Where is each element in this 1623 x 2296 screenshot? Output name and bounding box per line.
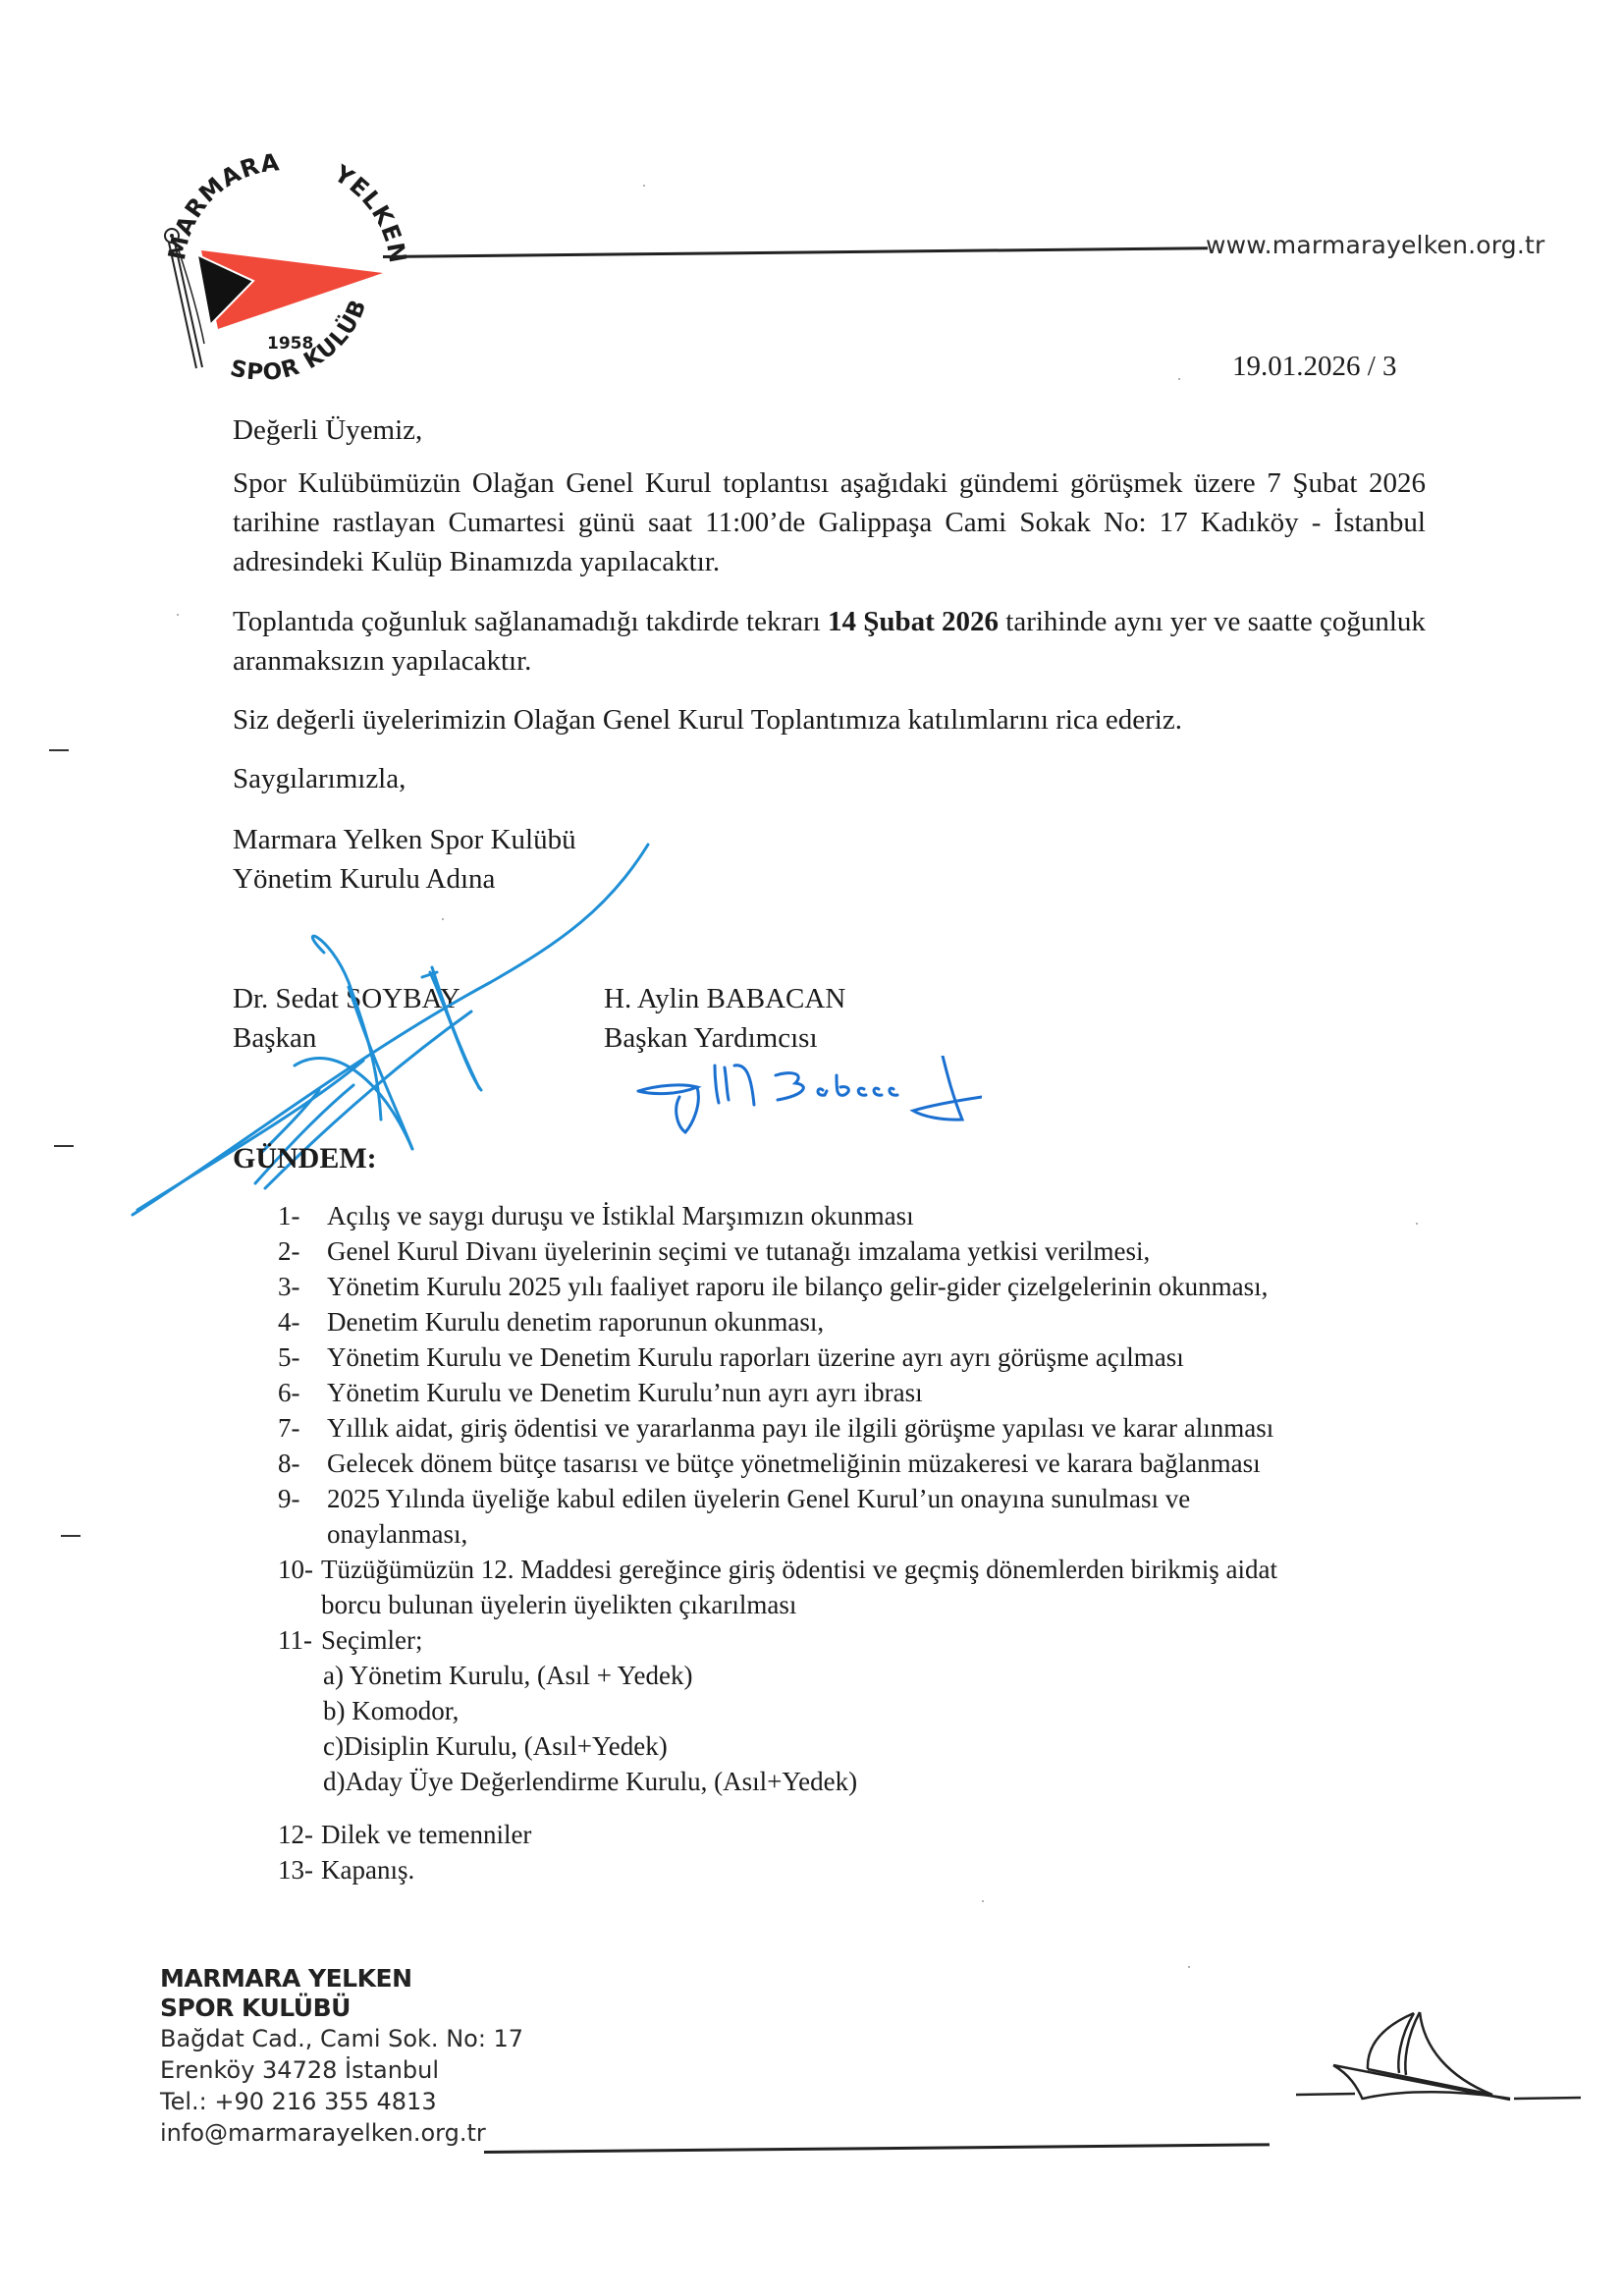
agenda-item-number: 9- [278, 1481, 327, 1552]
agenda-item-number: 4- [278, 1304, 327, 1339]
footer-email[interactable]: info@marmarayelken.org.tr [160, 2117, 523, 2149]
footer-rule [484, 2143, 1270, 2154]
agenda-item-text: 2025 Yılında üyeliğe kabul edilen üyeler… [327, 1481, 1456, 1552]
footer-address-2: Erenköy 34728 İstanbul [160, 2054, 523, 2086]
website-link[interactable]: www.marmarayelken.org.tr [1206, 231, 1545, 259]
margin-mark [61, 1535, 81, 1537]
agenda-item-text: Yönetim Kurulu ve Denetim Kurulu raporla… [327, 1339, 1456, 1375]
agenda-item-text: Gelecek dönem bütçe tasarısı ve bütçe yö… [327, 1446, 1456, 1481]
agenda-item-number: 10- [278, 1552, 321, 1622]
signature-soybay [118, 825, 668, 1237]
agenda-item-text: Genel Kurul Divanı üyelerinin seçimi ve … [327, 1233, 1456, 1269]
footer-address-1: Bağdat Cad., Cami Sok. No: 17 [160, 2023, 523, 2054]
footer-phone[interactable]: Tel.: +90 216 355 4813 [160, 2086, 523, 2117]
agenda-item: 2-Genel Kurul Divanı üyelerinin seçimi v… [278, 1233, 1456, 1269]
greeting: Değerli Üyemiz, [233, 410, 1426, 450]
agenda-item-text: Yıllık aidat, giriş ödentisi ve yararlan… [327, 1410, 1456, 1446]
document-reference: 19.01.2026 / 3 [1232, 351, 1397, 383]
header-rule [383, 246, 1208, 258]
agenda-item-text: Yönetim Kurulu 2025 yılı faaliyet raporu… [327, 1269, 1456, 1304]
agenda-item: 4-Denetim Kurulu denetim raporunun okunm… [278, 1304, 1456, 1339]
agenda-item-number: 12- [278, 1817, 321, 1852]
agenda-item-text-line1: Tüzüğümüzün 12. Maddesi gereğince giriş … [321, 1555, 1277, 1584]
agenda-item-number: 8- [278, 1446, 327, 1481]
agenda-item-text-line2: onaylanması, [327, 1519, 467, 1549]
second-meeting-date: 14 Şubat 2026 [828, 606, 999, 637]
footer-club-name-1: MARMARA YELKEN [160, 1964, 523, 1994]
agenda-item: 6-Yönetim Kurulu ve Denetim Kurulu’nun a… [278, 1375, 1456, 1410]
pennant-flag-icon: MARMARA YELKEN SPOR KULÜBÜ 1958 [157, 147, 412, 403]
paragraph-invitation: Siz değerli üyelerimizin Olağan Genel Ku… [233, 700, 1426, 739]
agenda-item-number: 2- [278, 1233, 327, 1269]
paragraph-meeting-notice: Spor Kulübümüzün Olağan Genel Kurul topl… [233, 464, 1426, 581]
club-logo: MARMARA YELKEN SPOR KULÜBÜ 1958 [157, 147, 412, 403]
svg-text:YELKEN: YELKEN [329, 159, 412, 265]
agenda-item: 8-Gelecek dönem bütçe tasarısı ve bütçe … [278, 1446, 1456, 1481]
agenda-item-number: 6- [278, 1375, 327, 1410]
agenda-item-text: Açılış ve saygı duruşu ve İstiklal Marşı… [327, 1198, 1456, 1233]
svg-text:MARMARA: MARMARA [163, 148, 282, 262]
p2-text-before: Toplantıda çoğunluk sağlanamadığı takdir… [233, 606, 828, 637]
agenda-sub-item: a) Yönetim Kurulu, (Asıl + Yedek) [278, 1658, 1456, 1693]
agenda-item-number: 3- [278, 1269, 327, 1304]
agenda-title: GÜNDEM: [233, 1142, 377, 1175]
agenda-item-text: Dilek ve temenniler [321, 1817, 1456, 1852]
agenda-item-text-line2: borcu bulunan üyelerin üyelikten çıkarıl… [321, 1590, 796, 1619]
agenda-item: 5-Yönetim Kurulu ve Denetim Kurulu rapor… [278, 1339, 1456, 1375]
agenda-item-number: 11- [278, 1622, 321, 1658]
margin-mark [54, 1145, 74, 1147]
svg-text:1958: 1958 [267, 334, 313, 354]
agenda-item: 13-Kapanış. [278, 1852, 1456, 1887]
agenda-item: 11-Seçimler; [278, 1622, 1456, 1658]
footer-club-name-2: SPOR KULÜBÜ [160, 1994, 523, 2023]
closing: Saygılarımızla, [233, 759, 1426, 798]
signature-babacan [609, 1056, 982, 1144]
agenda-item-text: Tüzüğümüzün 12. Maddesi gereğince giriş … [321, 1552, 1456, 1622]
agenda-item: 3-Yönetim Kurulu 2025 yılı faaliyet rapo… [278, 1269, 1456, 1304]
agenda-item-text: Denetim Kurulu denetim raporunun okunmas… [327, 1304, 1456, 1339]
agenda-item-text: Seçimler; [321, 1622, 1456, 1658]
agenda-item-number: 7- [278, 1410, 327, 1446]
margin-mark [49, 749, 69, 751]
agenda-item-text-line1: 2025 Yılında üyeliğe kabul edilen üyeler… [327, 1484, 1190, 1513]
agenda-item-number: 13- [278, 1852, 321, 1887]
agenda-item-number: 1- [278, 1198, 327, 1233]
paragraph-second-meeting: Toplantıda çoğunluk sağlanamadığı takdir… [233, 602, 1426, 681]
agenda-item: 1-Açılış ve saygı duruşu ve İstiklal Mar… [278, 1198, 1456, 1233]
agenda-sub-item: c)Disiplin Kurulu, (Asıl+Yedek) [278, 1728, 1456, 1764]
agenda-item: 7-Yıllık aidat, giriş ödentisi ve yararl… [278, 1410, 1456, 1446]
agenda-item-text: Kapanış. [321, 1852, 1456, 1887]
sailboat-icon [1296, 2008, 1581, 2116]
agenda-item: 12-Dilek ve temenniler [278, 1817, 1456, 1852]
agenda-list: 1-Açılış ve saygı duruşu ve İstiklal Mar… [278, 1198, 1456, 1887]
agenda-item-text: Yönetim Kurulu ve Denetim Kurulu’nun ayr… [327, 1375, 1456, 1410]
agenda-item: 9-2025 Yılında üyeliğe kabul edilen üyel… [278, 1481, 1456, 1552]
footer-contact: MARMARA YELKEN SPOR KULÜBÜ Bağdat Cad., … [160, 1964, 523, 2149]
agenda-item-number: 5- [278, 1339, 327, 1375]
agenda-sub-item: d)Aday Üye Değerlendirme Kurulu, (Asıl+Y… [278, 1764, 1456, 1799]
agenda-sub-item: b) Komodor, [278, 1693, 1456, 1728]
agenda-item: 10-Tüzüğümüzün 12. Maddesi gereğince gir… [278, 1552, 1456, 1622]
